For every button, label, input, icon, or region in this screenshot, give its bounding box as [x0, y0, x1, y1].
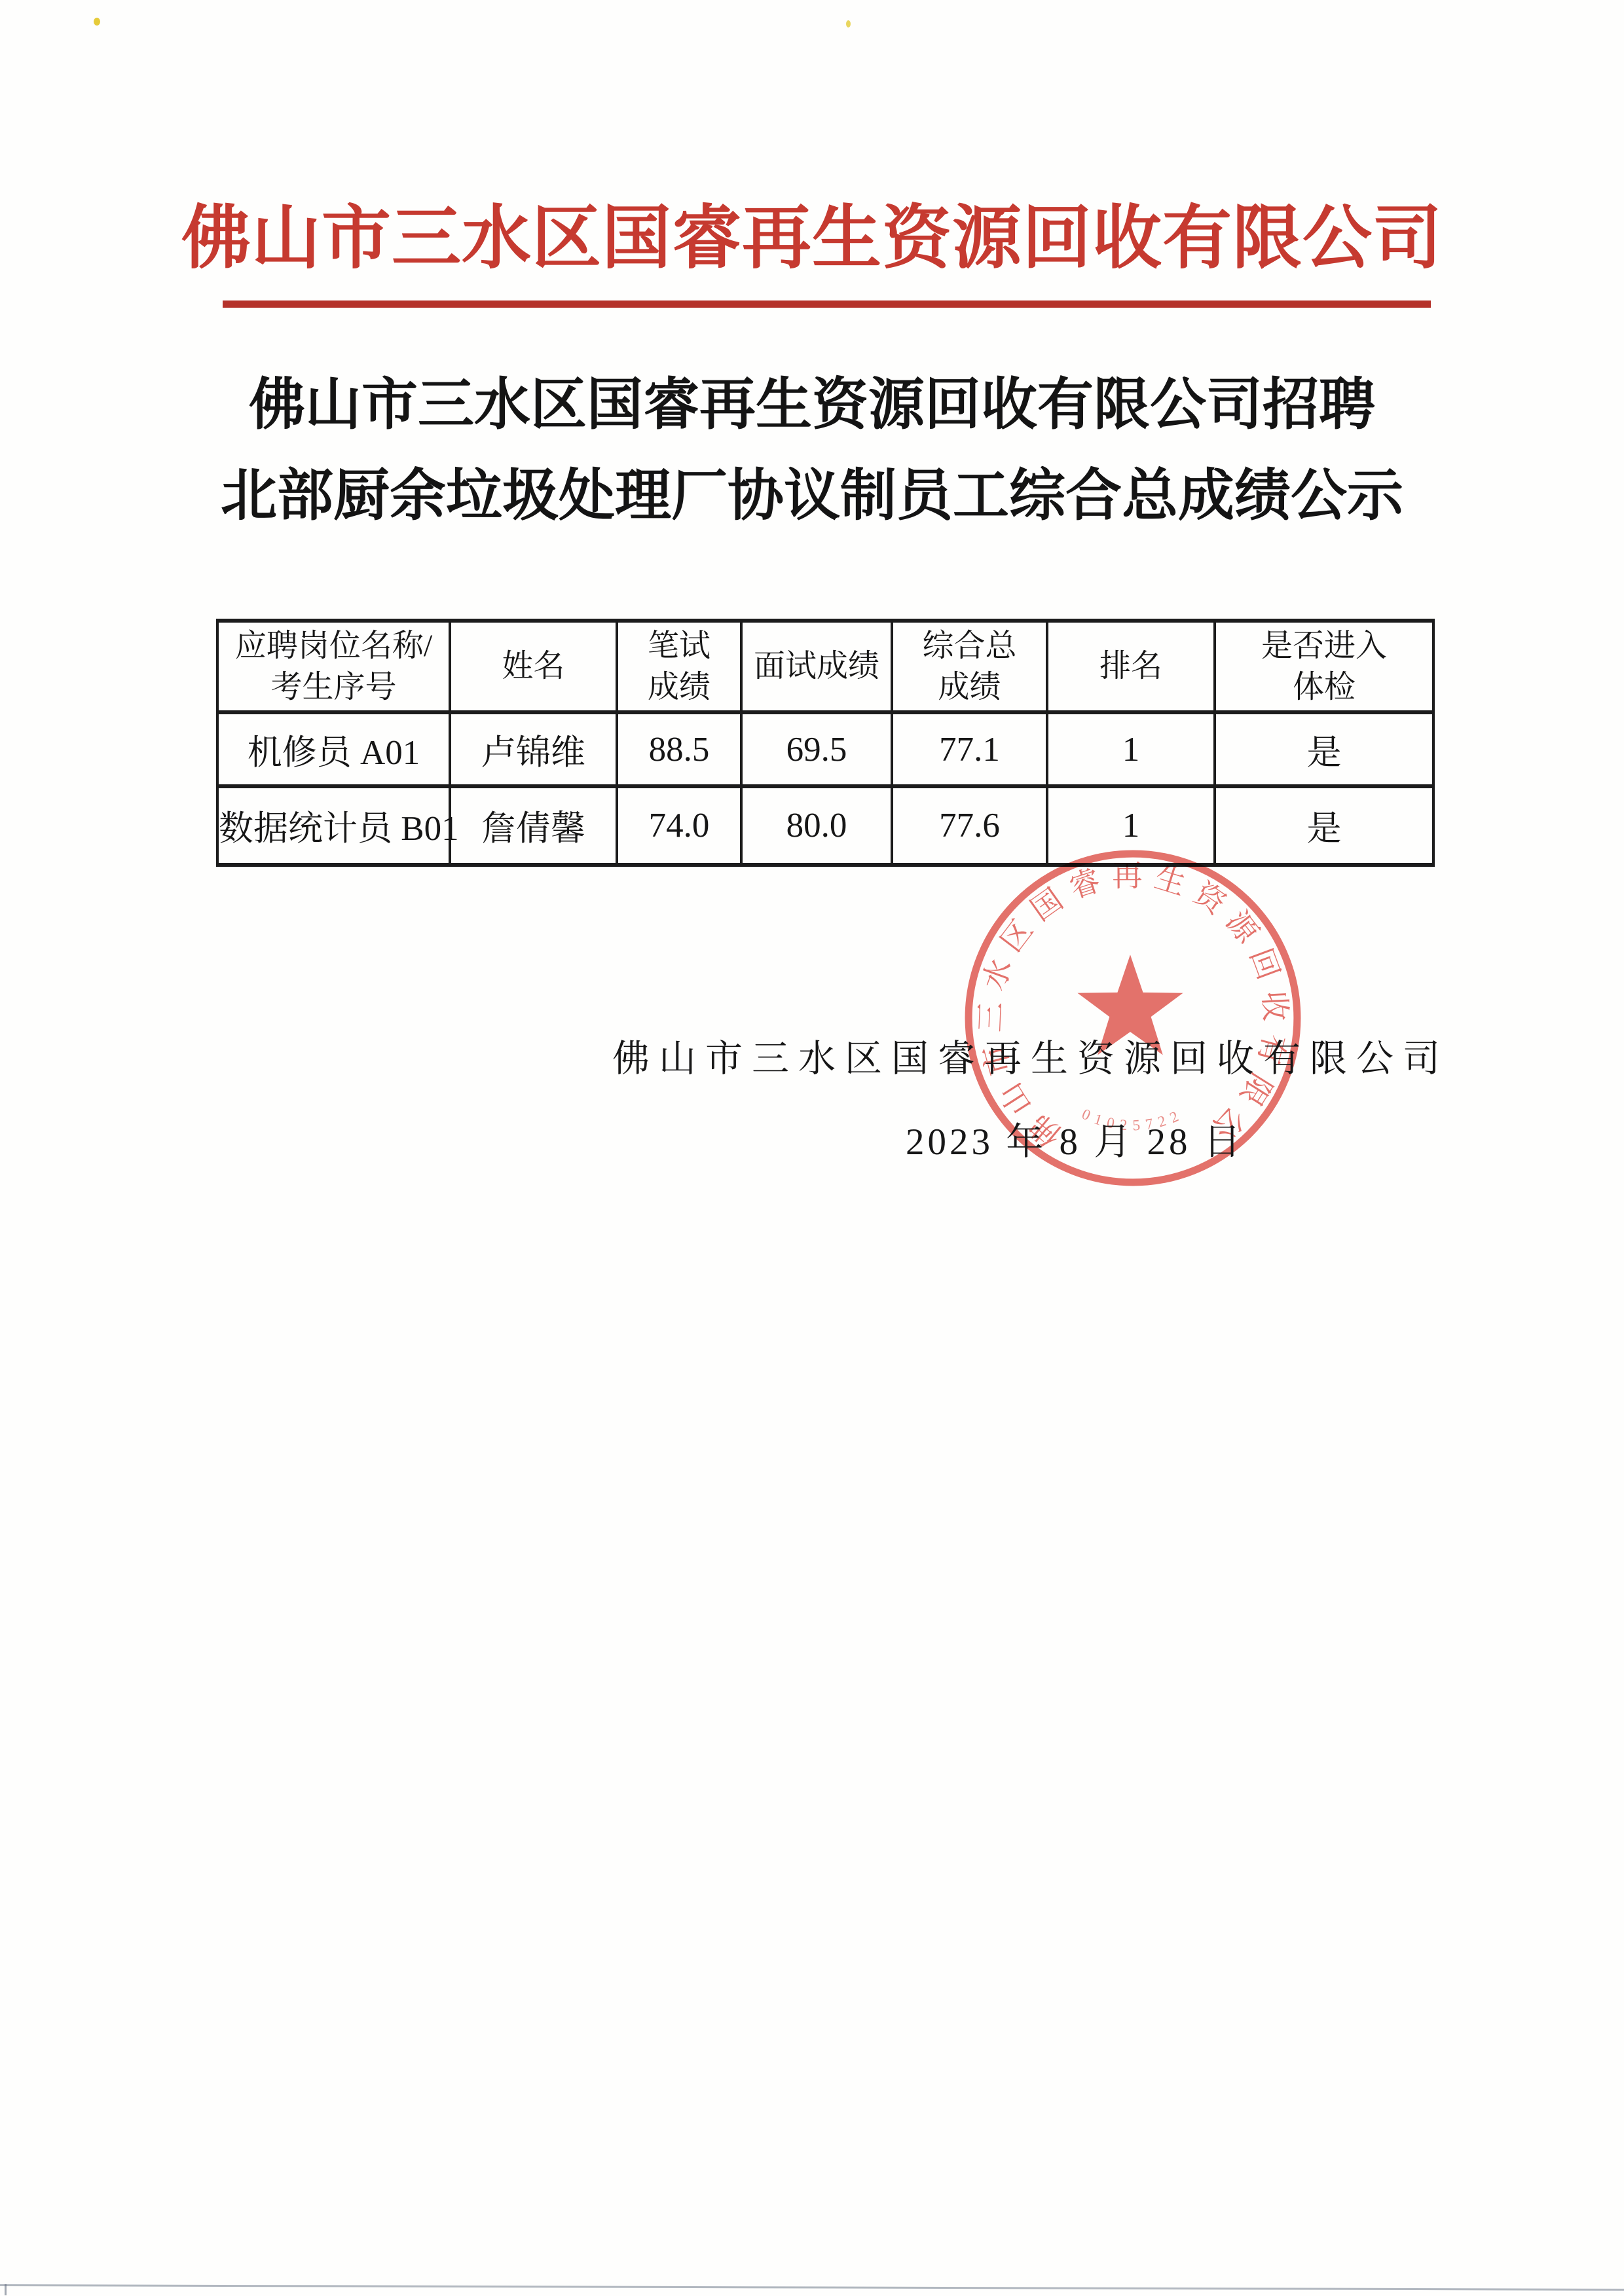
table-cell: 詹倩馨 [450, 786, 617, 865]
scanned-announcement-page: 佛山市三水区国睿再生资源回收有限公司 佛山市三水区国睿再生资源回收有限公司招聘 … [0, 0, 1624, 2296]
scan-edge-line [0, 2284, 1624, 2291]
letterhead-company-title: 佛山市三水区国睿再生资源回收有限公司 [0, 204, 1624, 274]
document-title-line1: 佛山市三水区国睿再生资源回收有限公司招聘 [0, 376, 1624, 433]
header-total-score: 综合总 成绩 [892, 621, 1047, 712]
table-header-row: 应聘岗位名称/ 考生序号 姓名 笔试 成绩 面试成绩 综合总 成绩 [217, 621, 1433, 712]
table-cell: 1 [1047, 712, 1215, 786]
table-row: 机修员 A01 卢锦维 88.5 69.5 77.1 1 是 [217, 712, 1433, 786]
table-cell: 88.5 [617, 712, 741, 786]
header-rank: 排名 [1047, 621, 1215, 712]
scan-speck [846, 20, 851, 27]
letterhead-divider [223, 301, 1431, 308]
table-cell: 卢锦维 [450, 712, 617, 786]
header-position-id: 应聘岗位名称/ 考生序号 [217, 621, 450, 712]
signature-date: 2023 年 8 月 28 日 [906, 1121, 1244, 1164]
header-written-score: 笔试 成绩 [617, 621, 741, 712]
results-table: 应聘岗位名称/ 考生序号 姓名 笔试 成绩 面试成绩 综合总 成绩 [216, 619, 1435, 867]
table-cell: 69.5 [741, 712, 892, 786]
header-medical-check: 是否进入 体检 [1215, 621, 1433, 712]
scan-speck [94, 18, 100, 26]
table-cell: 机修员 A01 [217, 712, 450, 786]
table-cell: 数据统计员 B01 [217, 786, 450, 865]
table-cell: 80.0 [741, 786, 892, 865]
signature-company-name: 佛山市三水区国睿再生资源回收有限公司 [612, 1038, 1449, 1081]
table-cell: 74.0 [617, 786, 741, 865]
header-name: 姓名 [450, 621, 617, 712]
document-title-line2: 北部厨余垃圾处理厂协议制员工综合总成绩公示 [0, 467, 1624, 524]
table-cell: 77.1 [892, 712, 1047, 786]
scan-edge-tick [5, 2284, 7, 2295]
table-cell: 是 [1215, 712, 1433, 786]
header-interview-score: 面试成绩 [741, 621, 892, 712]
